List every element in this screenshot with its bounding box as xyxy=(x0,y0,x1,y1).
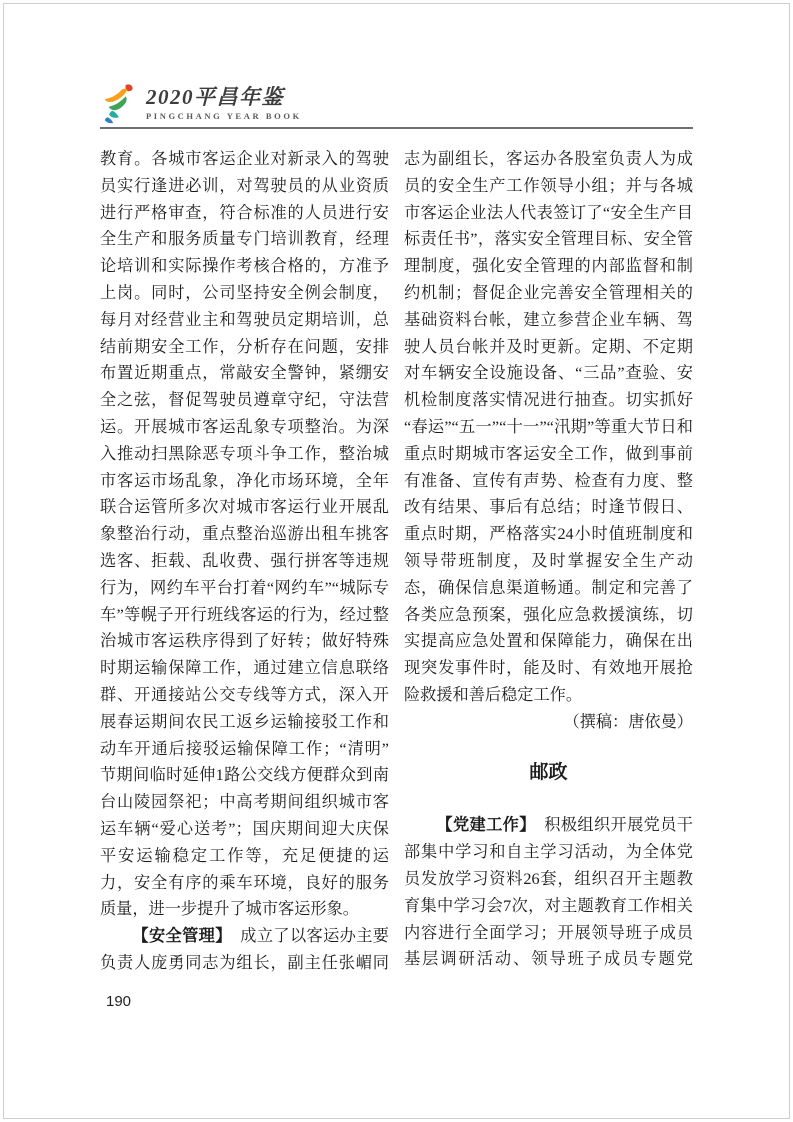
yearbook-page: { "header": { "logo_title": "2020平昌年鉴", … xyxy=(0,0,793,1122)
article-columns: 教育。各城市客运企业对新录入的驾驶员实行逢进必训，对驾驶员的从业资质进行严格审查… xyxy=(100,146,693,980)
entry-title-safety-management: 【安全管理】 xyxy=(132,927,223,945)
yearbook-figure-logo-icon xyxy=(100,83,138,125)
header-divider xyxy=(100,127,693,129)
page-number: 190 xyxy=(106,993,131,1010)
contributor-byline: （撰稿：唐依曼） xyxy=(404,709,693,736)
yearbook-title: 2020平昌年鉴 xyxy=(146,87,302,108)
yearbook-subtitle: PINGCHANG YEAR BOOK xyxy=(146,112,302,121)
section-heading-postal: 邮政 xyxy=(404,760,693,787)
entry-title-party-building: 【党建工作】 xyxy=(436,816,527,834)
paragraph-continuation: 教育。各城市客运企业对新录入的驾驶员实行逢进必训，对驾驶员的从业资质进行严格审查… xyxy=(100,146,389,923)
yearbook-header: 2020平昌年鉴 PINGCHANG YEAR BOOK xyxy=(100,83,302,125)
yearbook-logo-text: 2020平昌年鉴 PINGCHANG YEAR BOOK xyxy=(146,87,302,121)
